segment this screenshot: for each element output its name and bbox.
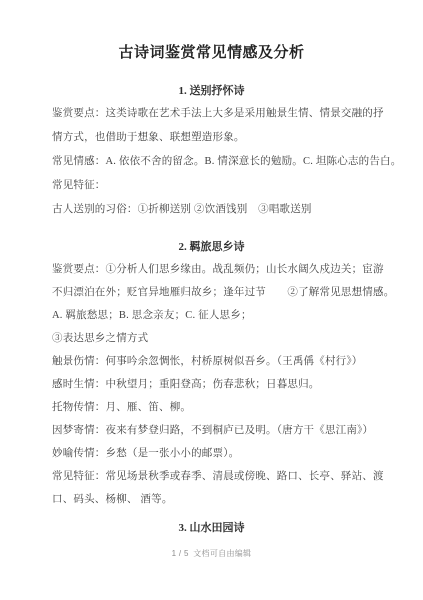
text-line: 常见特征： [52,174,371,198]
section-shanshui: 3. 山水田园诗 [52,521,371,535]
section-songbie: 1. 送别抒怀诗 鉴赏要点：这类诗歌在艺术手法上大多是采用触景生情、情景交融的抒… [52,84,371,222]
text-line: 感时生情：中秋望月；重阳登高；伤春悲秋；日暮思归。 [52,373,371,396]
section-heading-1: 1. 送别抒怀诗 [52,84,371,98]
text-line: 鉴赏要点：这类诗歌在艺术手法上大多是采用触景生情、情景交融的抒 [52,102,371,126]
text-line: 不归漂泊在外；贬官异地雁归故乡；逢年过节 ②了解常见思想情感。 [52,281,371,304]
section-body-1: 鉴赏要点：这类诗歌在艺术手法上大多是采用触景生情、情景交融的抒情方式，也借助于想… [52,102,371,222]
footer-note: 文档可自由编辑 [193,549,251,558]
text-line: 情方式，也借助于想象、联想塑造形象。 [52,126,371,150]
section-jilv: 2. 羁旅思乡诗 鉴赏要点：①分析人们思乡缘由。战乱频仍；山长水阔久戍边关；宦游… [52,240,371,511]
text-line: 因梦寄情：夜来有梦登归路，不到桐庐已及明。（唐方干《思江南》） [52,419,371,442]
text-line: 触景伤情：何事吟余忽惆怅，村桥原树似吾乡。（王禹偁《村行》） [52,350,371,373]
text-line: 口、码头、杨柳、 酒等。 [52,488,371,511]
section-heading-3: 3. 山水田园诗 [52,521,371,535]
page-footer: 1 / 5 文档可自由编辑 [0,548,423,559]
document-content: 古诗词鉴赏常见情感及分析 1. 送别抒怀诗 鉴赏要点：这类诗歌在艺术手法上大多是… [0,0,423,535]
section-heading-2: 2. 羁旅思乡诗 [52,240,371,254]
section-body-2: 鉴赏要点：①分析人们思乡缘由。战乱频仍；山长水阔久戍边关；宦游不归漂泊在外；贬官… [52,258,371,511]
text-line: 鉴赏要点：①分析人们思乡缘由。战乱频仍；山长水阔久戍边关；宦游 [52,258,371,281]
text-line: ③表达思乡之情方式 [52,327,371,350]
text-line: 妙喻传情：乡愁（是一张小小的邮票）。 [52,442,371,465]
text-line: 常见情感：A. 依依不舍的留念。B. 情深意长的勉励。C. 坦陈心志的告白。 [52,150,371,174]
text-line: 常见特征：常见场景秋季或春季、清晨或傍晚、路口、长亭、驿站、渡 [52,465,371,488]
text-line: A. 羁旅愁思；B. 思念亲友；C. 征人思乡； [52,304,371,327]
document-title: 古诗词鉴赏常见情感及分析 [52,42,371,64]
text-line: 古人送别的习俗：①折柳送别 ②饮酒饯别 ③唱歌送别 [52,198,371,222]
text-line: 托物传情：月、雁、笛、柳。 [52,396,371,419]
document-page: 古诗词鉴赏常见情感及分析 1. 送别抒怀诗 鉴赏要点：这类诗歌在艺术手法上大多是… [0,0,423,600]
page-indicator: 1 / 5 [172,549,189,558]
